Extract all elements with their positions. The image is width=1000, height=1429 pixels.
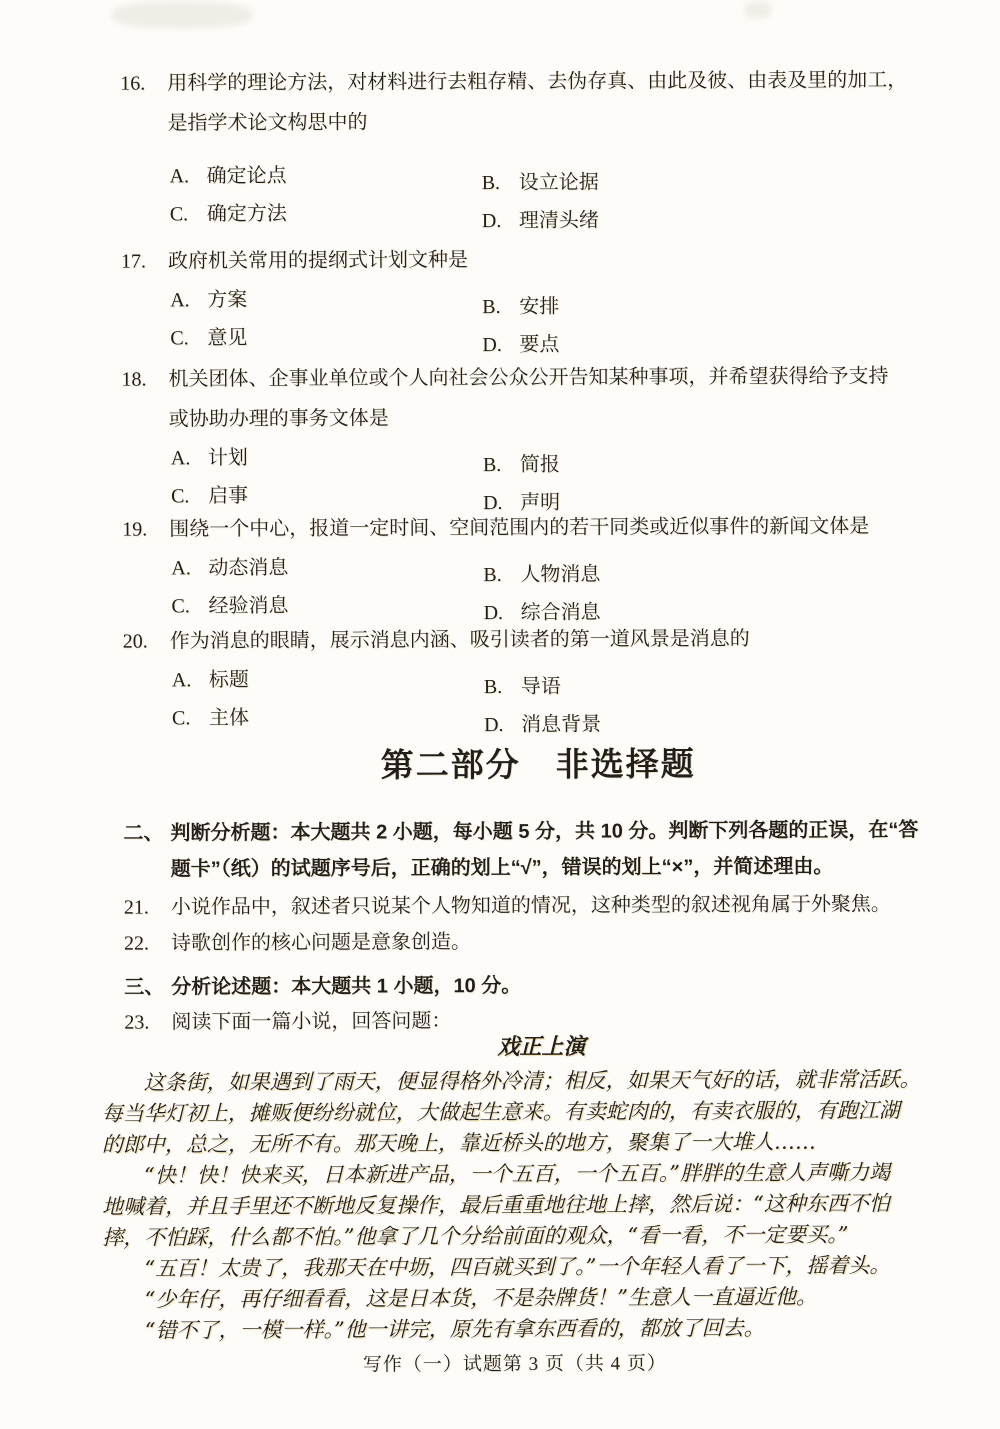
option-row: A.确定论点 B.设立论据 xyxy=(170,154,958,195)
page-content: 16.用科学的理论方法，对材料进行去粗存精、去伪存真、由此及彼、由表及里的加工，… xyxy=(0,0,1000,1429)
option-b: B.简报 xyxy=(483,446,560,484)
story-paragraph: “少年仔，再仔细看看，这是日本货，不是杂牌货！”生意人一直逼近他。 xyxy=(102,1281,957,1316)
question-text: 用科学的理论方法，对材料进行去粗存精、去伪存真、由此及彼、由表及里的加工， 是指… xyxy=(167,69,907,134)
option-b: B.安排 xyxy=(482,288,559,326)
option-d: D.消息背景 xyxy=(484,706,601,745)
option-row: A.动态消息 B.人物消息 xyxy=(171,546,959,587)
option-label: C. xyxy=(172,699,209,737)
story-paragraph: 这条街，如果遇到了雨天，便显得格外冷清；相反，如果天气好的话，就非常活跃。 每当… xyxy=(102,1064,957,1161)
option-text: 声明 xyxy=(520,484,560,522)
option-label: C. xyxy=(170,319,207,357)
section-heading: 判断分析题： xyxy=(170,822,290,845)
question-text: 政府机关常用的提纲式计划文种是 xyxy=(168,249,468,272)
option-label: B. xyxy=(482,288,519,326)
story-title: 戏正上演 xyxy=(41,1028,1000,1066)
question-number: 22. xyxy=(124,925,171,961)
option-label: B. xyxy=(482,164,519,202)
option-label: A. xyxy=(172,661,209,699)
story-body: 这条街，如果遇到了雨天，便显得格外冷清；相反，如果天气好的话，就非常活跃。 每当… xyxy=(102,1064,958,1347)
section-number: 二、 xyxy=(123,815,170,851)
option-d: D.综合消息 xyxy=(483,594,600,633)
question-22: 22.诗歌创作的核心问题是意象创造。 xyxy=(124,922,961,962)
option-label: A. xyxy=(170,281,207,319)
option-label: D. xyxy=(483,484,520,522)
question-18: 18.机关团体、企事业单位或个人向社会公众公开告知某种事项，并希望获得给予支持 … xyxy=(121,356,943,440)
option-text: 经验消息 xyxy=(208,587,288,625)
story-paragraph: “错不了，一模一样。”他一讲完，原先有拿东西看的，都放了回去。 xyxy=(103,1312,958,1347)
option-text: 要点 xyxy=(519,326,559,364)
option-b: B.设立论据 xyxy=(482,164,599,203)
option-text: 意见 xyxy=(207,319,247,357)
option-text: 方案 xyxy=(207,281,247,319)
option-text: 设立论据 xyxy=(519,164,599,202)
option-text: 确定方法 xyxy=(207,195,287,233)
option-text: 计划 xyxy=(208,439,248,477)
question-20-options: A.标题 B.导语 C.主体 D.消息背景 xyxy=(172,658,960,737)
option-text: 导语 xyxy=(521,668,561,706)
option-label: D. xyxy=(482,202,519,240)
option-row: C.主体 D.消息背景 xyxy=(172,696,960,737)
option-text: 标题 xyxy=(209,661,249,699)
option-d: D.理清头绪 xyxy=(482,202,599,241)
question-19-options: A.动态消息 B.人物消息 C.经验消息 D.综合消息 xyxy=(171,546,959,625)
option-row: A.计划 B.简报 xyxy=(171,436,959,477)
option-label: B. xyxy=(484,668,521,706)
section-heading: 分析论述题： xyxy=(171,976,291,999)
section2-instructions: 二、判断分析题：本大题共 2 小题，每小题 5 分，共 10 分。判断下列各题的… xyxy=(123,812,960,888)
question-16-options: A.确定论点 B.设立论据 C.确定方法 D.理清头绪 xyxy=(170,154,958,233)
question-number: 20. xyxy=(123,621,170,661)
option-d: D.声明 xyxy=(483,484,560,522)
option-text: 确定论点 xyxy=(207,157,287,195)
option-label: C. xyxy=(170,195,207,233)
section3-instructions: 三、分析论述题：本大题共 1 小题，10 分。 xyxy=(124,966,961,1006)
question-18-options: A.计划 B.简报 C.启事 D.声明 xyxy=(171,436,959,515)
option-label: D. xyxy=(484,706,521,744)
story-paragraph: “五百！太贵了，我那天在中坜，四百就买到了。”一个年轻人看了一下，摇着头。 xyxy=(102,1250,957,1285)
option-a: A.计划 xyxy=(171,438,483,477)
option-d: D.要点 xyxy=(482,326,559,364)
option-label: C. xyxy=(171,587,208,625)
question-number: 19. xyxy=(122,509,169,549)
option-label: A. xyxy=(171,549,208,587)
option-label: A. xyxy=(171,439,208,477)
section-number: 三、 xyxy=(124,969,171,1005)
question-number: 18. xyxy=(121,359,168,399)
option-text: 安排 xyxy=(519,288,559,326)
option-label: B. xyxy=(483,556,520,594)
option-a: A.方案 xyxy=(170,280,482,319)
page-footer: 写作（一）试题第 3 页（共 4 页） xyxy=(15,1348,1000,1382)
option-label: B. xyxy=(483,446,520,484)
question-16: 16.用科学的理论方法，对材料进行去粗存精、去伪存真、由此及彼、由表及里的加工，… xyxy=(120,60,942,144)
option-row: C.意见 D.要点 xyxy=(170,316,958,357)
option-text: 动态消息 xyxy=(208,549,288,587)
option-row: A.标题 B.导语 xyxy=(172,658,960,699)
option-b: B.人物消息 xyxy=(483,556,600,595)
question-text: 小说作品中，叙述者只说某个人物知道的情况，这种类型的叙述视角属于外聚焦。 xyxy=(171,893,891,918)
question-number: 16. xyxy=(120,63,167,103)
option-row: A.方案 B.安排 xyxy=(170,278,958,319)
option-c: C.确定方法 xyxy=(170,194,482,233)
question-text: 诗歌创作的核心问题是意象创造。 xyxy=(171,931,471,954)
question-number: 21. xyxy=(124,889,171,925)
question-17: 17.政府机关常用的提纲式计划文种是 xyxy=(121,238,943,282)
option-b: B.导语 xyxy=(484,668,561,706)
option-c: C.主体 xyxy=(172,698,484,737)
option-text: 简报 xyxy=(520,446,560,484)
exam-paper-page: 16.用科学的理论方法，对材料进行去粗存精、去伪存真、由此及彼、由表及里的加工，… xyxy=(0,0,1000,1429)
option-text: 理清头绪 xyxy=(519,202,599,240)
option-a: A.动态消息 xyxy=(171,548,483,587)
option-a: A.确定论点 xyxy=(170,156,482,195)
section-body: 本大题共 1 小题，10 分。 xyxy=(291,975,521,998)
option-label: D. xyxy=(482,326,519,364)
option-label: A. xyxy=(170,157,207,195)
option-a: A.标题 xyxy=(172,660,484,699)
option-text: 人物消息 xyxy=(520,556,600,594)
option-c: C.意见 xyxy=(170,318,482,357)
question-21: 21.小说作品中，叙述者只说某个人物知道的情况，这种类型的叙述视角属于外聚焦。 xyxy=(124,886,961,926)
question-17-options: A.方案 B.安排 C.意见 D.要点 xyxy=(170,278,958,357)
option-text: 综合消息 xyxy=(520,594,600,632)
question-text: 机关团体、企事业单位或个人向社会公众公开告知某种事项，并希望获得给予支持 或协助… xyxy=(168,365,888,430)
part2-heading: 第二部分 非选择题 xyxy=(38,740,1000,790)
question-number: 17. xyxy=(121,241,168,281)
question-text: 作为消息的眼睛，展示消息内涵、吸引读者的第一道风景是消息的 xyxy=(170,628,750,653)
option-text: 主体 xyxy=(209,699,249,737)
option-text: 消息背景 xyxy=(521,706,601,744)
story-paragraph: “快！快！快来买，日本新进产品，一个五百，一个五百。”胖胖的生意人声嘶力竭 地喊… xyxy=(102,1157,957,1254)
option-label: D. xyxy=(483,594,520,632)
